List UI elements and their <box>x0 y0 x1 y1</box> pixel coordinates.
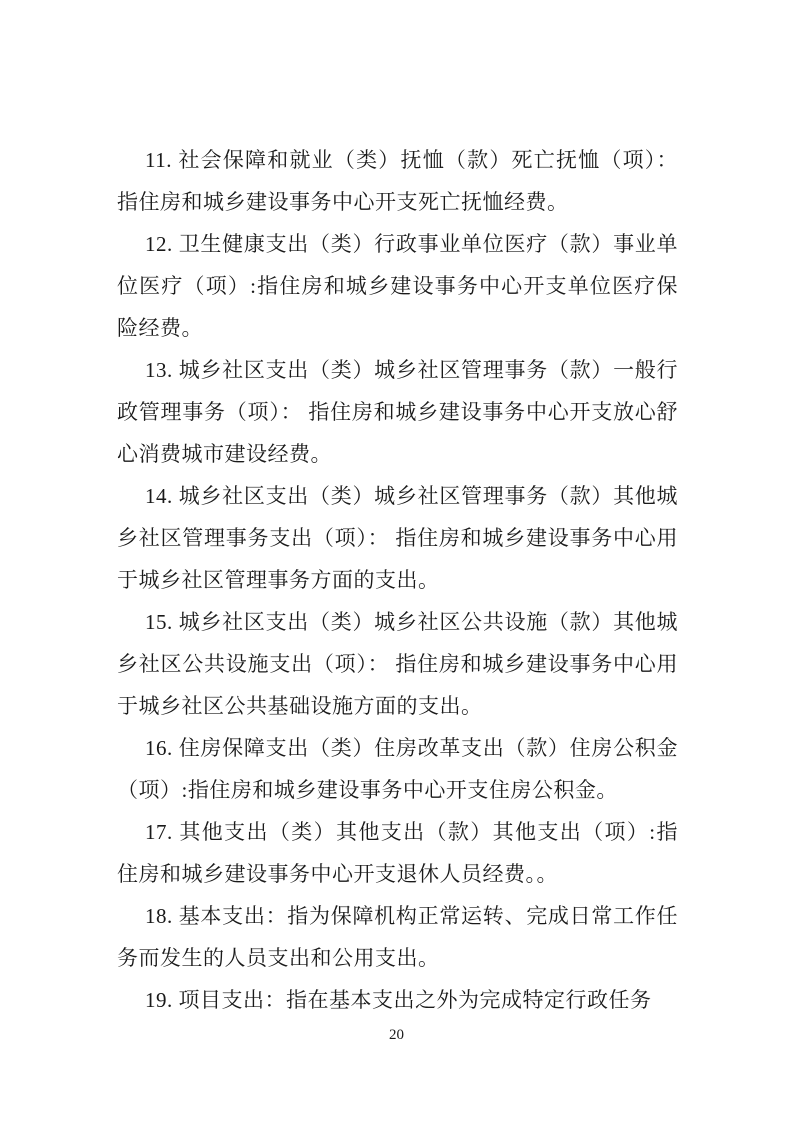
paragraph-11: 11. 社会保障和就业（类）抚恤（款）死亡抚恤（项）：指住房和城乡建设事务中心开… <box>117 139 678 223</box>
paragraph-12: 12. 卫生健康支出（类）行政事业单位医疗（款）事业单位医疗（项）:指住房和城乡… <box>117 223 678 349</box>
paragraph-13: 13. 城乡社区支出（类）城乡社区管理事务（款）一般行政管理事务（项）： 指住房… <box>117 349 678 475</box>
document-body: 11. 社会保障和就业（类）抚恤（款）死亡抚恤（项）：指住房和城乡建设事务中心开… <box>117 139 678 1021</box>
paragraph-18: 18. 基本支出：指为保障机构正常运转、完成日常工作任务而发生的人员支出和公用支… <box>117 895 678 979</box>
paragraph-14: 14. 城乡社区支出（类）城乡社区管理事务（款）其他城乡社区管理事务支出（项）：… <box>117 475 678 601</box>
paragraph-16: 16. 住房保障支出（类）住房改革支出（款）住房公积金（项）:指住房和城乡建设事… <box>117 727 678 811</box>
paragraph-15: 15. 城乡社区支出（类）城乡社区公共设施（款）其他城乡社区公共设施支出（项）：… <box>117 601 678 727</box>
paragraph-19: 19. 项目支出：指在基本支出之外为完成特定行政任务 <box>117 979 678 1021</box>
document-page: 11. 社会保障和就业（类）抚恤（款）死亡抚恤（项）：指住房和城乡建设事务中心开… <box>0 0 793 1122</box>
paragraph-17: 17. 其他支出（类）其他支出（款）其他支出（项）:指住房和城乡建设事务中心开支… <box>117 811 678 895</box>
page-number: 20 <box>389 1027 404 1043</box>
page-footer: 20 <box>0 1026 793 1044</box>
